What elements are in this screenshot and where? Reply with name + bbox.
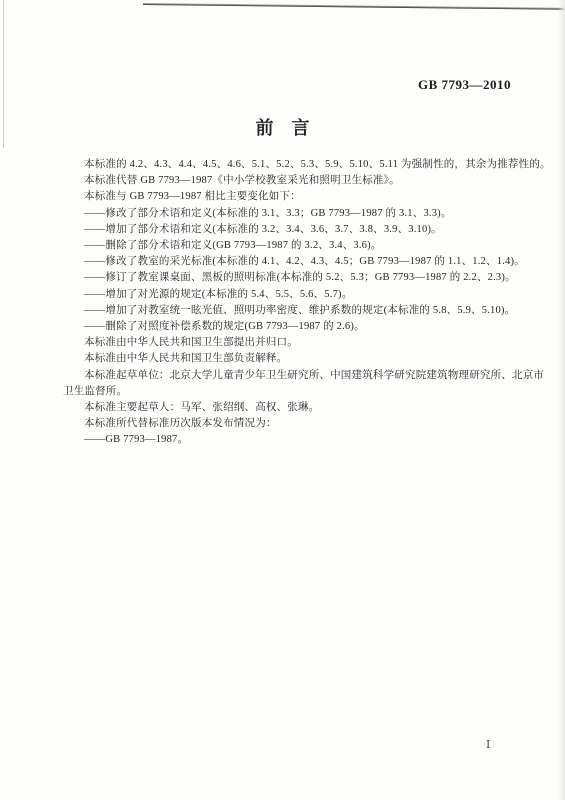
paragraph-line: 本标准与 GB 7793—1987 相比主要变化如下： — [63, 189, 513, 205]
paragraph-line: 本标准的 4.2、4.3、4.4、4.5、4.6、5.1、5.2、5.3、5.9… — [63, 157, 513, 173]
paragraph-line: 本标准由中华人民共和国卫生部提出并归口。 — [63, 335, 513, 351]
change-list-item: ——增加了对教室统一眩光值、照明功率密度、维护系数的规定(本标准的 5.8、5.… — [63, 303, 513, 319]
change-list-item: ——修改了教室的采光标准(本标准的 4.1、4.2、4.3、4.5；GB 779… — [63, 254, 513, 270]
paragraph-line: 本标准由中华人民共和国卫生部负责解释。 — [63, 351, 513, 367]
document-page: GB 7793—2010 前 言 本标准的 4.2、4.3、4.4、4.5、4.… — [0, 0, 565, 800]
paragraph-line: 本标准代替 GB 7793—1987《中小学校教室采光和照明卫生标准》。 — [63, 173, 513, 189]
previous-edition-list-item: ——GB 7793—1987。 — [63, 432, 513, 448]
change-list-item: ——删除了部分术语和定义(GB 7793—1987 的 3.2、3.4、3.6)… — [63, 238, 513, 254]
change-list-item: ——增加了部分术语和定义(本标准的 3.2、3.4、3.6、3.7、3.8、3.… — [63, 222, 513, 238]
paragraph-line: 本标准主要起草人：马军、张绍纲、高权、张琳。 — [63, 400, 513, 416]
page-number: Ⅰ — [486, 738, 490, 751]
change-list-item: ——修改了部分术语和定义(本标准的 3.1、3.3；GB 7793—1987 的… — [63, 206, 513, 222]
foreword-body: 本标准的 4.2、4.3、4.4、4.5、4.6、5.1、5.2、5.3、5.9… — [63, 157, 513, 449]
paragraph-line: 本标准所代替标准历次版本发布情况为： — [63, 416, 513, 432]
change-list-item: ——删除了对照度补偿系数的规定(GB 7793—1987 的 2.6)。 — [63, 319, 513, 335]
paragraph-line: 本标准起草单位：北京大学儿童青少年卫生研究所、中国建筑科学研究院建筑物理研究所、… — [63, 368, 513, 384]
foreword-title: 前 言 — [0, 114, 565, 140]
change-list-item: ——增加了对光源的规定(本标准的 5.4、5.5、5.6、5.7)。 — [63, 287, 513, 303]
change-list-item: ——修订了教室课桌面、黑板的照明标准(本标准的 5.2、5.3；GB 7793—… — [63, 270, 513, 286]
standard-code: GB 7793—2010 — [0, 77, 511, 93]
scan-edge-top-line — [143, 3, 565, 10]
paragraph-continuation-line: 卫生监督所。 — [63, 384, 513, 400]
